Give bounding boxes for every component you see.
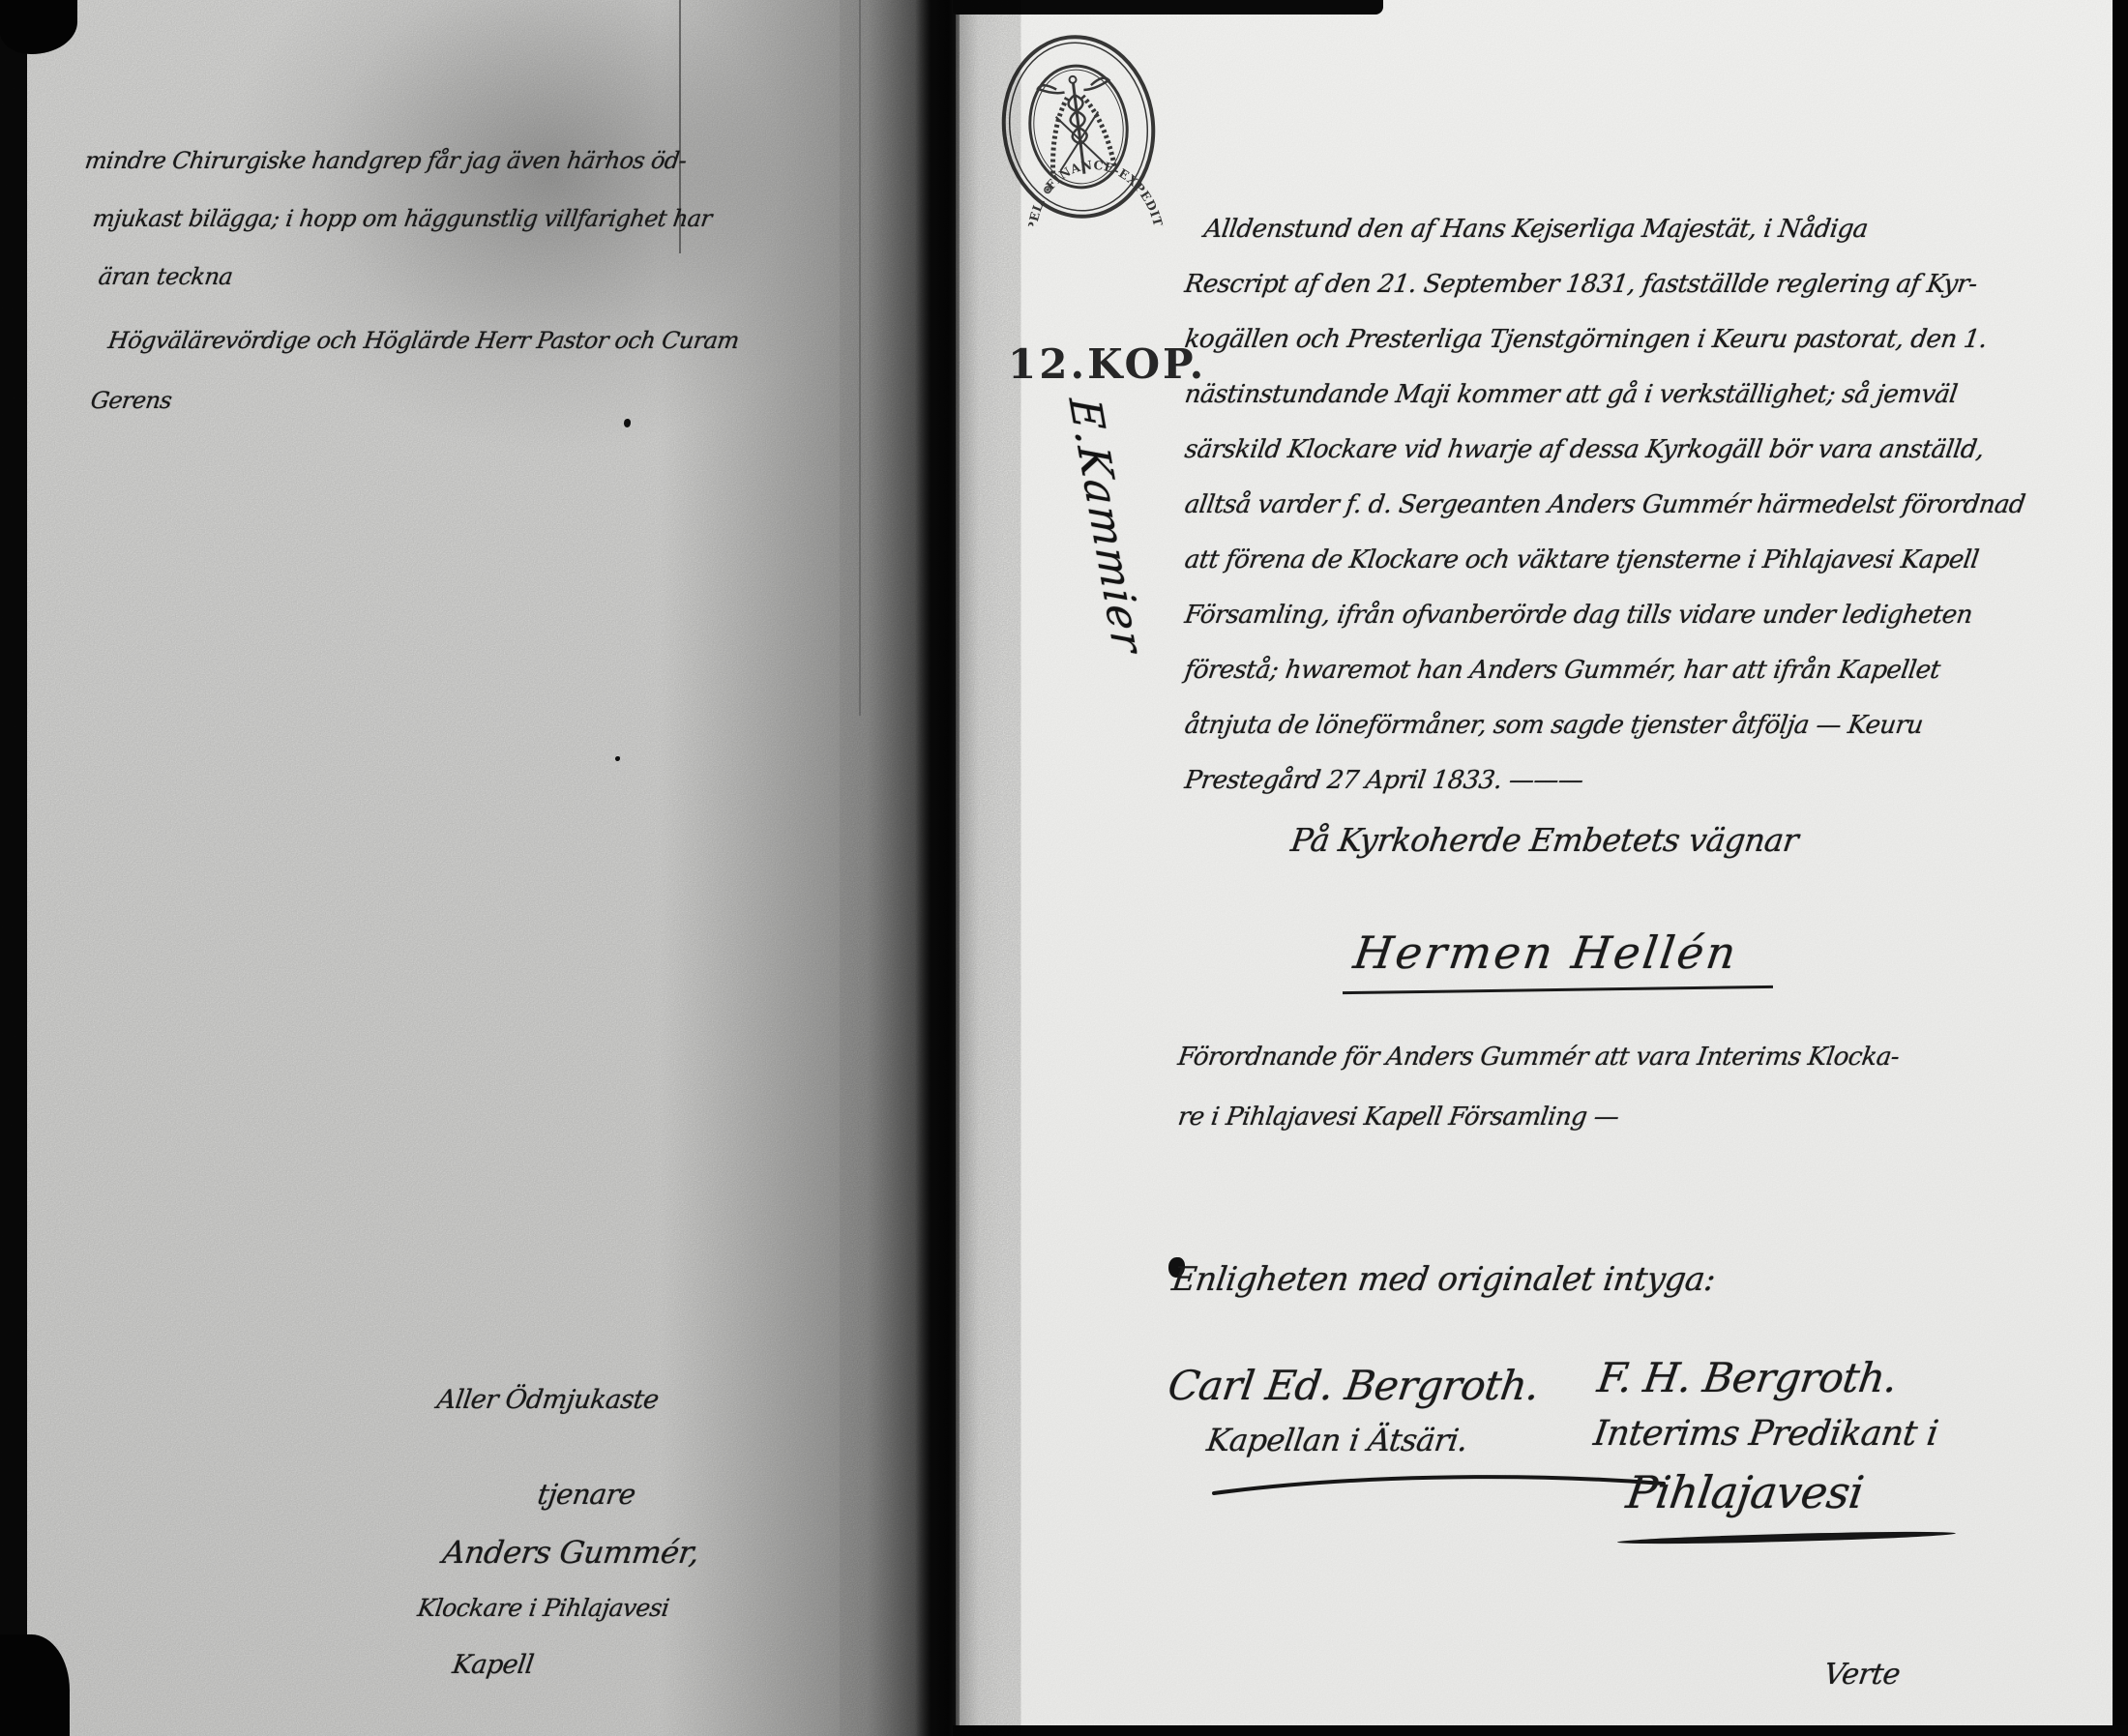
scan-edge-top	[953, 0, 1383, 15]
witness-title: Interims Predikant i	[1591, 1414, 1940, 1454]
handwritten-line: att förena de Klockare och väktare tjens…	[1183, 545, 1980, 574]
handwritten-line: nästinstundande Maji kommer att gå i ver…	[1183, 380, 1959, 409]
closing-line: tjenare	[536, 1478, 637, 1511]
handwritten-line: alltså varder f. d. Sergeanten Anders Gu…	[1183, 490, 2026, 519]
signature-hermen-hellen: Hermen Hellén	[1350, 927, 1742, 979]
closing-line: Klockare i Pihlajavesi	[416, 1594, 671, 1622]
handwritten-line: Alldenstund den af Hans Kejserliga Majes…	[1202, 215, 1870, 244]
book-gutter-shadow	[915, 0, 960, 1736]
handwritten-line: åtnjuta de löneförmåner, som sagde tjens…	[1183, 711, 1925, 740]
closing-line: Aller Ödmjukaste	[435, 1385, 661, 1415]
handwritten-line: mjukast bilägga; i hopp om häggunstlig v…	[91, 205, 713, 232]
memo-line: Förordnande för Anders Gummér att vara I…	[1176, 1043, 1901, 1072]
handwritten-line: Rescript af den 21. September 1831, fast…	[1183, 270, 1979, 299]
witness-title: Kapellan i Ätsäri.	[1204, 1422, 1469, 1458]
handwritten-line: Prestegård 27 April 1833. ———	[1183, 766, 1585, 795]
attestation-line: På Kyrkoherde Embetets vägnar	[1288, 821, 1800, 859]
handwritten-line: Högvälärevördige och Höglärde Herr Pasto…	[106, 327, 741, 354]
witness-signature: F. H. Bergroth.	[1595, 1354, 1901, 1401]
handwritten-line: kogällen och Presterliga Tjenstgörningen…	[1183, 325, 1989, 354]
scan-edge-bottom	[953, 1725, 2128, 1736]
witness-signature: Carl Ed. Bergroth.	[1166, 1362, 1543, 1409]
page-turn-note: Verte	[1822, 1658, 1903, 1692]
witness-title: Pihlajavesi	[1623, 1466, 1867, 1518]
scanned-document: mindre Chirurgiske handgrep får jag även…	[0, 0, 2128, 1736]
signature-flourish	[1199, 1460, 1683, 1509]
paper-crease	[859, 0, 861, 716]
handwritten-line: förestå; hwaremot han Anders Gummér, har…	[1183, 656, 1942, 685]
closing-line: Kapell	[451, 1650, 536, 1680]
handwritten-line: Församling, ifrån ofvanberörde dag tills…	[1183, 601, 1974, 630]
handwritten-line: Gerens	[89, 387, 173, 414]
left-page-paper	[27, 0, 931, 1736]
scan-edge-right	[2113, 0, 2128, 1736]
handwritten-line: äran teckna	[97, 263, 234, 290]
certification-line: Enligheten med originalet intyga:	[1169, 1260, 1717, 1299]
stamp-denomination: 12.KOP.	[1008, 340, 1206, 388]
handwritten-line: mindre Chirurgiske handgrep får jag även…	[83, 147, 688, 174]
official-seal-stamp: FINANCE-EXPEDITIONENS CHARTÆ-SIGILL. STE…	[991, 27, 1166, 226]
signature-anders-gummer: Anders Gummér,	[440, 1534, 701, 1571]
handwritten-line: särskild Klockare vid hwarje af dessa Ky…	[1183, 435, 1986, 464]
memo-line: re i Pihlajavesi Kapell Församling —	[1176, 1103, 1621, 1132]
